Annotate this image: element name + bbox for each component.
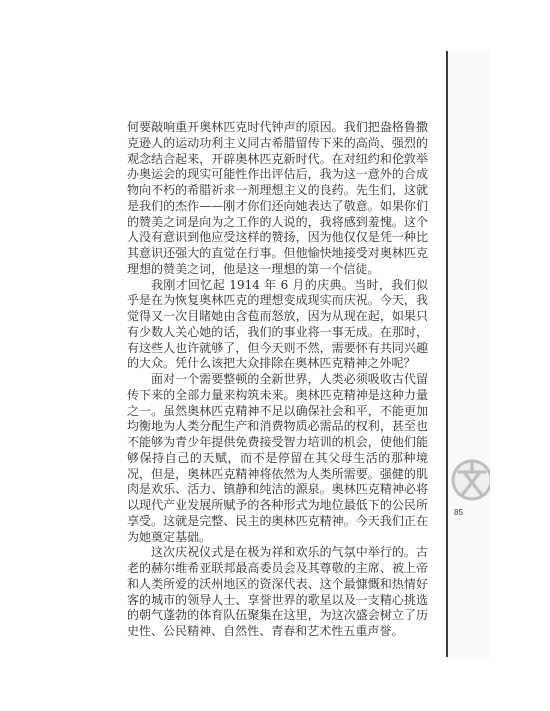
margin-band: [448, 51, 490, 657]
paragraph-4: 这次庆祝仪式是在极为祥和欢乐的气氛中举行的。古老的赫尔维希亚联邦最高委员会及其尊…: [127, 545, 428, 640]
paragraph-1: 何要敲响重开奥林匹克时代钟声的原因。我们把盎格鲁撒克逊人的运动功利主义同古希腊留…: [127, 120, 428, 278]
paragraph-3: 面对一个需要整顿的全新世界，人类必须吸收古代留传下来的全部力量来构筑未来。奥林匹…: [127, 372, 428, 545]
page-number: 85: [454, 508, 463, 517]
margin-rule: [446, 51, 448, 657]
paragraph-2: 我刚才回忆起 1914 年 6 月的庆典。当时，我们似乎是在为恢复奥林匹克的理想…: [127, 278, 428, 373]
page-body: 何要敲响重开奥林匹克时代钟声的原因。我们把盎格鲁撒克逊人的运动功利主义同古希腊留…: [127, 120, 428, 640]
circle-wen-emblem-icon: [451, 456, 493, 504]
